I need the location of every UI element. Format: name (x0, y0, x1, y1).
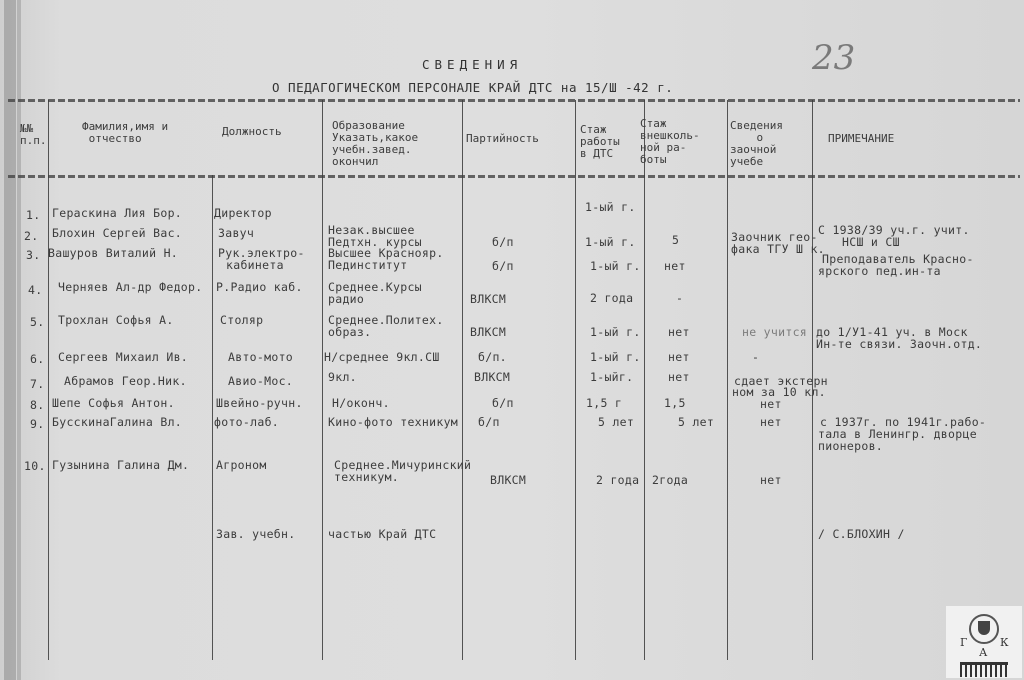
row-dts-tenure: 1,5 г (586, 397, 622, 409)
document-subtitle: О ПЕДАГОГИЧЕСКОМ ПЕРСОНАЛЕ КРАЙ ДТС на 1… (272, 80, 673, 95)
row-name: БусскинаГалина Вл. (52, 416, 182, 428)
shield-icon (978, 621, 990, 635)
row-number: 5. (30, 316, 44, 328)
row-position: Директор (214, 207, 272, 219)
table-top-rule (8, 99, 1020, 102)
row-number: 4. (28, 284, 42, 296)
row-name: Шепе Софья Антон. (52, 397, 175, 409)
column-divider (462, 100, 463, 660)
row-party: б/п (478, 416, 500, 428)
row-number: 2. (24, 230, 38, 242)
row-note: НСШ и СШ (842, 236, 900, 248)
row-dts-tenure: 1-ый г. (585, 201, 636, 213)
row-party: б/п (492, 236, 514, 248)
row-education: образ. (328, 326, 371, 338)
column-divider (575, 100, 576, 660)
header-notes: ПРИМЕЧАНИЕ (828, 133, 894, 145)
row-study: нет (760, 398, 782, 410)
row-extra-tenure: - (676, 292, 683, 304)
logo-letter: А (979, 646, 987, 659)
header-bottom-rule (8, 175, 1020, 178)
row-party: ВЛКСМ (490, 474, 526, 486)
header-education: Образование Указать,какое учебн.завед. о… (332, 120, 418, 168)
row-number: 1. (26, 209, 40, 221)
row-extra-tenure: 1,5 (664, 397, 686, 409)
row-dts-tenure: 2 года (596, 474, 639, 486)
binding-edge (4, 0, 16, 680)
column-divider (322, 100, 323, 660)
header-num: №№ п.п. (20, 123, 47, 147)
row-name: Гузынина Галина Дм. (52, 459, 189, 471)
header-name: Фамилия,имя и отчество (82, 121, 168, 145)
row-study: нет (760, 416, 782, 428)
column-divider (727, 100, 728, 660)
row-name: Сергеев Михаил Ив. (58, 351, 188, 363)
header-extracurricular-tenure: Стаж внешколь- ной ра- боты (640, 118, 700, 166)
column-divider (212, 175, 213, 660)
row-dts-tenure: 1-ый г. (590, 260, 641, 272)
row-name: Абрамов Геор.Ник. (64, 375, 187, 387)
row-dts-tenure: 1-ый г. (590, 326, 641, 338)
row-education: радио (328, 293, 364, 305)
row-position: Столяр (220, 314, 263, 326)
row-party: ВЛКСМ (470, 293, 506, 305)
row-position: Р.Радио каб. (216, 281, 303, 293)
header-dts-tenure: Стаж работы в ДТС (580, 124, 620, 160)
page-number-handwritten: 23 (812, 38, 855, 78)
row-number: 3. (26, 249, 40, 261)
row-name: Трохлан Софья А. (58, 314, 174, 326)
row-study: - (752, 351, 759, 363)
header-correspondence-study: Сведения о заочной учебе (730, 120, 783, 168)
row-number: 9. (30, 418, 44, 430)
signature-label-right: частью Край ДТС (328, 528, 436, 540)
row-education: техникум. (334, 471, 399, 483)
row-position: кабинета (226, 259, 284, 271)
row-study: фака ТГУ Ш к. (731, 243, 825, 255)
column-divider (644, 100, 645, 660)
row-number: 6. (30, 353, 44, 365)
row-party: ВЛКСМ (474, 371, 510, 383)
signature-name: / С.БЛОХИН / (818, 528, 905, 540)
binding-edge-shadow (17, 0, 21, 680)
logo-letter: Г (960, 636, 967, 649)
header-party: Партийность (466, 133, 539, 145)
row-position: Швейно-ручн. (216, 397, 303, 409)
row-position: фото-лаб. (214, 416, 279, 428)
row-note: Ин-те связи. Заочн.отд. (816, 338, 982, 350)
signature-label-left: Зав. учебн. (216, 528, 295, 540)
row-extra-tenure: нет (668, 371, 690, 383)
archive-logo: Г А К (946, 606, 1022, 678)
row-position: Агроном (216, 459, 267, 471)
row-study: не учится (742, 326, 807, 338)
row-extra-tenure: 2года (652, 474, 688, 486)
row-party: б/п (492, 397, 514, 409)
row-name: Гераскина Лия Бор. (52, 207, 182, 219)
row-number: 8. (30, 399, 44, 411)
row-party: ВЛКСМ (470, 326, 506, 338)
row-name: Черняев Ал-др Федор. (58, 281, 202, 293)
row-number: 10. (24, 460, 46, 472)
column-divider (48, 100, 49, 660)
row-party: б/п. (478, 351, 507, 363)
logo-letter: К (1000, 636, 1009, 649)
row-education: Кино-фото техникум (328, 416, 458, 428)
row-dts-tenure: 1-ый г. (590, 351, 641, 363)
document-title: СВЕДЕНИЯ (422, 57, 522, 72)
row-education: Н/среднее 9кл.СШ (324, 351, 440, 363)
row-extra-tenure: нет (664, 260, 686, 272)
row-dts-tenure: 2 года (590, 292, 633, 304)
header-position: Должность (222, 126, 282, 138)
row-study: нет (760, 474, 782, 486)
row-position: Авто-мото (228, 351, 293, 363)
building-icon (960, 662, 1008, 677)
row-note: пионеров. (818, 440, 883, 452)
row-extra-tenure: 5 лет (678, 416, 714, 428)
row-position: Авио-Мос. (228, 375, 293, 387)
row-dts-tenure: 5 лет (598, 416, 634, 428)
row-extra-tenure: нет (668, 351, 690, 363)
row-dts-tenure: 1-ыйг. (590, 371, 633, 383)
row-party: б/п (492, 260, 514, 272)
row-name: Вашуров Виталий Н. (48, 247, 178, 259)
row-number: 7. (30, 378, 44, 390)
row-name: Блохин Сергей Вас. (52, 227, 182, 239)
row-note: ярского пед.ин-та (818, 265, 941, 277)
scanned-document-page: 23 СВЕДЕНИЯ О ПЕДАГОГИЧЕСКОМ ПЕРСОНАЛЕ К… (0, 0, 1024, 680)
row-extra-tenure: нет (668, 326, 690, 338)
row-education: Н/оконч. (332, 397, 390, 409)
row-education: 9кл. (328, 371, 357, 383)
row-dts-tenure: 1-ый г. (585, 236, 636, 248)
row-extra-tenure: 5 (672, 234, 679, 246)
row-education: Пединститут (328, 259, 407, 271)
row-position: Завуч (218, 227, 254, 239)
